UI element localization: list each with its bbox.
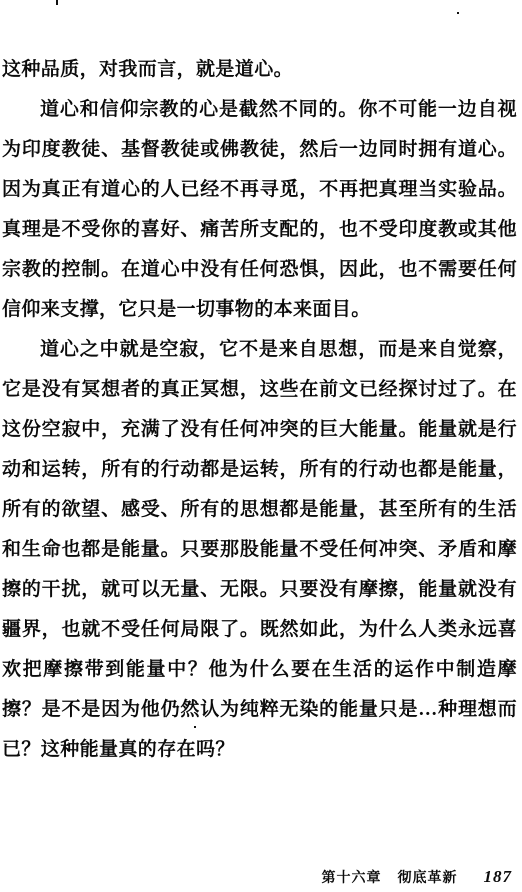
- text-line: 擦？是不是因为他仍然认为纯粹无染的能量只是…种理想而: [2, 696, 517, 736]
- text-line: 为印度教徒、基督教徒或佛教徒，然后一边同时拥有道心。: [2, 136, 517, 176]
- text-line: 因为真正有道心的人已经不再寻觅，不再把真理当实验品。: [2, 176, 517, 216]
- footer-chapter-label: 第十六章: [322, 867, 382, 887]
- text-line: 欢把摩擦带到能量中？他为什么要在生活的运作中制造摩: [2, 656, 517, 696]
- text-line: 它是没有冥想者的真正冥想，这些在前文已经探讨过了。在: [2, 376, 517, 416]
- text-line: 已？这种能量真的存在吗？: [2, 736, 517, 776]
- text-line: 擦的干扰，就可以无量、无限。只要没有摩擦，能量就没有: [2, 576, 517, 616]
- text-line: 信仰来支撑，它只是一切事物的本来面目。: [2, 296, 517, 336]
- text-line: 这种品质，对我而言，就是道心。: [2, 56, 517, 96]
- scan-speck: [56, 0, 58, 5]
- page-body: 这种品质，对我而言，就是道心。道心和信仰宗教的心是截然不同的。你不可能一边自视为…: [2, 56, 517, 776]
- footer-page-number: 187: [484, 867, 513, 887]
- text-line: 道心之中就是空寂，它不是来自思想，而是来自觉察，: [2, 336, 517, 376]
- page-footer: 第十六章 彻底革新 187: [322, 867, 513, 887]
- text-line: 所有的欲望、感受、所有的思想都是能量，甚至所有的生活: [2, 496, 517, 536]
- text-line: 疆界，也就不受任何局限了。既然如此，为什么人类永远喜: [2, 616, 517, 656]
- footer-section-title: 彻底革新: [398, 867, 458, 887]
- text-line: 宗教的控制。在道心中没有任何恐惧，因此，也不需要任何: [2, 256, 517, 296]
- text-line: 道心和信仰宗教的心是截然不同的。你不可能一边自视: [2, 96, 517, 136]
- book-page: 这种品质，对我而言，就是道心。道心和信仰宗教的心是截然不同的。你不可能一边自视为…: [0, 0, 522, 892]
- text-line: 动和运转，所有的行动都是运转，所有的行动也都是能量，: [2, 456, 517, 496]
- text-line: 和生命也都是能量。只要那股能量不受任何冲突、矛盾和摩: [2, 536, 517, 576]
- text-line: 这份空寂中，充满了没有任何冲突的巨大能量。能量就是行: [2, 416, 517, 456]
- scan-speck: [457, 12, 459, 14]
- text-line: 真理是不受你的喜好、痛苦所支配的，也不受印度教或其他: [2, 216, 517, 256]
